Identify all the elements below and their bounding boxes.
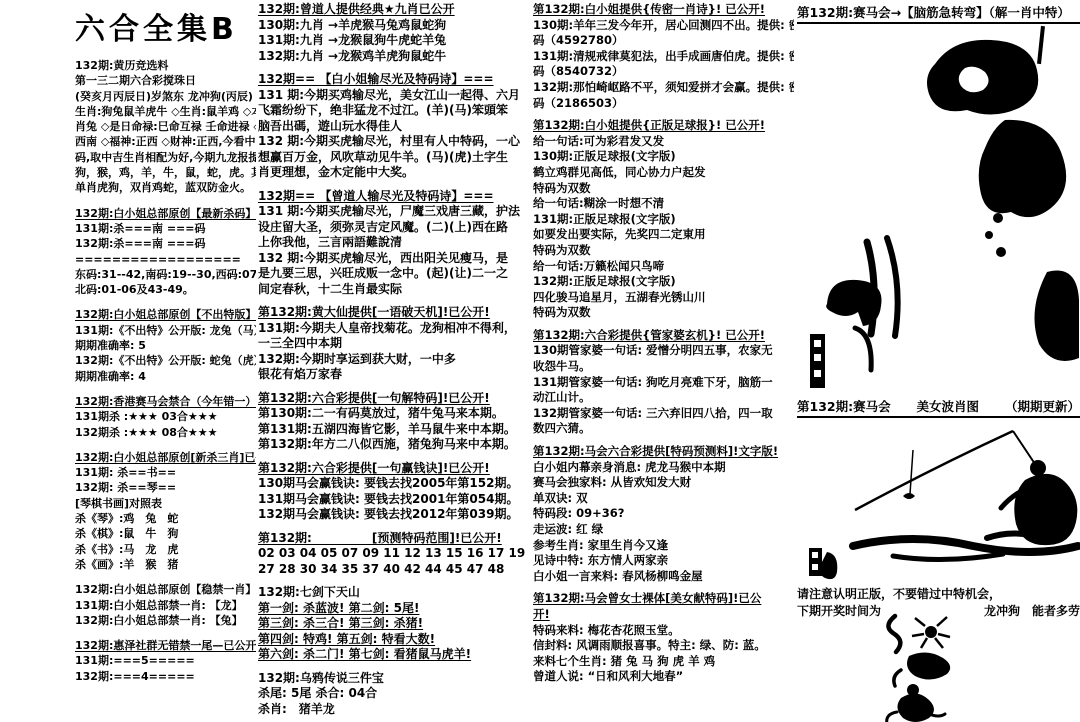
text-line: 特码段: 09+36? <box>533 506 794 522</box>
text-line: 132期:九肖 →龙猴鸡羊虎狗鼠蛇牛 <box>258 49 527 65</box>
text-line: 131期:白小姐总部禁一肖: 【龙】 <box>75 598 256 613</box>
text-line: 132期杀 :★★★ 08合★★★ <box>75 425 256 440</box>
text-line: 131期马会赢钱诀: 要钱去找2001年第054期。 <box>258 492 527 508</box>
text-line: 是九要三思，兴旺成贩一念中。(起)(让)二一之 <box>258 266 527 282</box>
section-header: 第132期:六合彩提供[一句赢钱诀]!已公开! <box>258 461 527 477</box>
section: 第132期:马会六合彩提供[特码预测料]!文字版!白小姐内幕亲身消息: 虎龙马猴… <box>533 444 794 584</box>
text-line: 北码:01-06及43-49。 <box>75 282 256 297</box>
text-line: 131期:清规戒律莫犯法，出手成画唐伯虎。提供: 密 <box>533 49 794 65</box>
ink-painting-abstract-horse <box>797 22 1080 394</box>
section-header: 第132期:六合彩提供[一句解特码]!已公开! <box>258 391 527 407</box>
text-line: 数四六猜。 <box>533 421 794 437</box>
text-line: 杀《画》:羊 猴 猪 <box>75 557 256 572</box>
text-line: 单肖虎狗，双肖鸡蛇，蓝双防金火。 <box>75 180 256 195</box>
text-line: 码（8540732） <box>533 64 794 80</box>
text-line: 131期管家婆一句话: 狗吃月亮难下牙，脑筋一 <box>533 375 794 391</box>
section: 132期:白小姐总部原创[新杀三肖]已公开131期: 杀==书==132期: 杀… <box>75 450 256 572</box>
section-header: 132期:白小姐总部原创【不出特版】已公开 <box>75 307 256 322</box>
text-line: 期期准确率: 4 <box>75 369 256 384</box>
section: 第132期:白小姐提供{传密一肖诗}! 已公开!130期:羊年三发今年开，居心回… <box>533 2 794 111</box>
text-line: 单双诀: 双 <box>533 491 794 507</box>
column-center-left: 132期:曾道人提供经典★九肖已公开130期:九肖 →羊虎猴马兔鸡鼠蛇狗131期… <box>258 2 527 722</box>
section-header: 第132期:马会六合彩提供[特码预测料]!文字版! <box>533 444 794 460</box>
text-line: 130期管家婆一句话: 爱憎分明四五事，农家无 <box>533 343 794 359</box>
text-line: 131期:正版足球报(文字版) <box>533 212 794 228</box>
text-line: 131期:今期夫人皇帝找菊花。龙狗相冲不得利， <box>258 321 527 337</box>
ink-painting-fisherman <box>797 418 1080 582</box>
section-header: 132期:香港赛马会禁合（今年错一）已公开 <box>75 394 256 409</box>
text-line: 132期:七剑下天山 <box>258 585 527 601</box>
text-line: 131期:===5===== <box>75 653 256 668</box>
text-line: 上你我他，三言兩語難說清 <box>258 235 527 251</box>
text-line: 杀《书》:马 龙 虎 <box>75 542 256 557</box>
text-line: 27 28 30 34 35 37 40 42 44 45 47 48 <box>258 562 527 578</box>
section-header: 第132期:马会曾女士裸体[美女献特码]!已公 <box>533 591 794 607</box>
seal-stamp-icon <box>810 334 825 388</box>
text-line: 第三剑: 杀三合! 第三剑: 杀猪! <box>258 616 527 632</box>
text-line: 一三全四中本期 <box>258 336 527 352</box>
text-line: 赛马会独家料: 从皆欢知发大财 <box>533 475 794 491</box>
section: 第132期: [预测特码范围]!已公开!02 03 04 05 07 09 11… <box>258 531 527 578</box>
section-header: 第132期:黄大仙提供[一语破天机]!已公开! <box>258 305 527 321</box>
section-header: 第132期:六合彩提供{管家婆玄机}! 已公开! <box>533 328 794 344</box>
text-line: 白小姐内幕亲身消息: 虎龙马猴中本期 <box>533 460 794 476</box>
text-line: 码（2186503） <box>533 96 794 112</box>
section: 第132期:马会曾女士裸体[美女献特码]!已公开!特码来料: 梅花杏花照玉堂。信… <box>533 591 794 685</box>
section-header: 第132期: [预测特码范围]!已公开! <box>258 531 527 547</box>
section: 132期:白小姐总部原创【不出特版】已公开131期:《不出特》公开版: 龙兔（马… <box>75 307 256 383</box>
text-line: 131 期:今期买虎输尽光，尸魔三戏唐三藏，护法 <box>258 204 527 220</box>
section: 132期:曾道人提供经典★九肖已公开130期:九肖 →羊虎猴马兔鸡鼠蛇狗131期… <box>258 2 527 64</box>
text-line: 飞霜纷纷下，绝非猛龙不过江。(羊)(马)笨頭笨 <box>258 103 527 119</box>
text-line: 132期:正版足球报(文字版) <box>533 274 794 290</box>
text-line: 见诗中特: 东方情人两家亲 <box>533 553 794 569</box>
header2-title: 美女波肖图 <box>917 397 980 415</box>
text-line: 东码:31--42,南码:19--30,西码:07--18, <box>75 267 256 282</box>
text-line: 132期管家婆一句话: 三六弃旧四八拾，四一取 <box>533 406 794 422</box>
text-line: 132期马会赢钱诀: 要钱去找2012年第039期。 <box>258 507 527 523</box>
text-line: 130期:正版足球报(文字版) <box>533 149 794 165</box>
text-line: 狗，猴，鸡，羊，牛，鼠，蛇，虎。其中 <box>75 165 256 180</box>
header2-note: （期期更新） <box>1005 397 1080 415</box>
section: 第132期:黄大仙提供[一语破天机]!已公开!131期:今期夫人皇帝找菊花。龙狗… <box>258 305 527 383</box>
text-line: 特码为双数 <box>533 305 794 321</box>
text-line: 杀《棋》:鼠 牛 狗 <box>75 526 256 541</box>
text-line: 曾道人说: “日和风利大地春” <box>533 669 794 685</box>
text-line: 132期:===4===== <box>75 669 256 684</box>
section: 第132期:六合彩提供{管家婆玄机}! 已公开!130期管家婆一句话: 爱憎分明… <box>533 328 794 437</box>
section: 132期:七剑下天山第一剑: 杀蓝波! 第二剑: 5尾!第三剑: 杀三合! 第三… <box>258 585 527 663</box>
text-line: 四化骏马追星月，五湖春光锈山川 <box>533 290 794 306</box>
text-line: 动江山计。 <box>533 390 794 406</box>
section: 六合全集B <box>75 4 256 48</box>
text-line: 特码来料: 梅花杏花照玉堂。 <box>533 623 794 639</box>
text-line: 特码为双数 <box>533 181 794 197</box>
text-line: 131期:九肖 →龙猴鼠狗牛虎蛇羊兔 <box>258 33 527 49</box>
section-header: 132期:白小姐总部原创【最新杀码】已公开 <box>75 206 256 221</box>
text-line: 131 期:今期买鸡输尽光，美女江山一起得、六月 <box>258 88 527 104</box>
page-title: 六合全集B <box>75 4 256 48</box>
section-header: 132期== 【白小姐输尽光及特码诗】=== <box>258 72 527 88</box>
section: 132期:惠泽社群无错禁一尾—已公开131期:===5=====132期:===… <box>75 638 256 684</box>
section: 132期:白小姐总部原创【稳禁一肖】已公开131期:白小姐总部禁一肖: 【龙】1… <box>75 582 256 628</box>
text-line: 想赢百万金，风吹草动见牛羊。(马)(虎)土字生 <box>258 150 527 166</box>
text-line: 第四剑: 特鸡! 第五剑: 特看大数! <box>258 632 527 648</box>
section-header: 132期:曾道人提供经典★九肖已公开 <box>258 2 527 18</box>
column-left: 六合全集B132期:黄历竞选料第一三二期六合彩搅珠日(癸亥月丙辰日)岁煞东 龙冲… <box>75 4 256 694</box>
text-line: 来料七个生肖: 猪 兔 马 狗 虎 羊 鸡 <box>533 654 794 670</box>
text-line: 给一句话:万籁松闻只鸟啼 <box>533 259 794 275</box>
text-line: 132 期:今期买虎输尽光，西出阳关见瘦马，是 <box>258 251 527 267</box>
text-line: 白小姐一言来料: 春风杨柳鸣金屋 <box>533 569 794 585</box>
text-line: 给一句话:可为彩君发又发 <box>533 134 794 150</box>
notice-line-1: 请注意认明正版，不要错过中特机会， <box>797 586 1080 603</box>
text-line: 码（4592780） <box>533 33 794 49</box>
text-line: 生肖:狗兔鼠羊虎牛 ◇生肖:鼠羊鸡 ◇本日凶生 <box>75 104 256 119</box>
section: 第132期:白小姐提供{正版足球报}! 已公开!给一句话:可为彩君发又发130期… <box>533 118 794 321</box>
text-line: 第132期:年方二八似西施，猪兔狗马来中本期。 <box>258 437 527 453</box>
text-line: 西南 ◇福神:正西 ◇财神:正西,今看中肖不取特 <box>75 134 256 149</box>
text-line: 杀《琴》:鸡 兔 蛇 <box>75 511 256 526</box>
text-line: 131期:杀===南 ===码 <box>75 221 256 236</box>
section-header: 132期== 【曾道人输尽光及特码诗】=== <box>258 189 527 205</box>
header2-issue: 第132期:赛马会 <box>797 397 891 415</box>
column-center-right: 第132期:白小姐提供{传密一肖诗}! 已公开!130期:羊年三发今年开，居心回… <box>533 2 794 692</box>
column-right-panel: 第132期:赛马会→【脑筋急转弯】（解一肖中特） 第132期:赛马会 美女波肖图… <box>797 0 1080 722</box>
section-header: 132期:惠泽社群无错禁一尾—已公开 <box>75 638 256 653</box>
text-line: 参考生肖: 家里生肖今又逢 <box>533 538 794 554</box>
ink-small-creatures <box>797 612 1080 722</box>
text-line: 码,取中吉生肖相配为好,今期九龙报提供生肖: <box>75 150 256 165</box>
text-line: 132期:乌鸦传说三件宝 <box>258 671 527 687</box>
text-line: 肖更理想，金木定能中大奖。 <box>258 165 527 181</box>
section: 第132期:六合彩提供[一句赢钱诀]!已公开!130期马会赢钱诀: 要钱去找20… <box>258 461 527 523</box>
text-line: 脑吾出碼，遊山玩水得佳人 <box>258 119 527 135</box>
text-line: 信封料: 风调雨顺报喜事。特主: 绿、防: 蓝。 <box>533 638 794 654</box>
text-line: 肖兔 ◇是日命禄:巳命互禄 壬命进禄 ◇喜神: <box>75 119 256 134</box>
text-line: 设庄留大圣，须弥灵吉定风魔。(二)(上)西在路 <box>258 220 527 236</box>
text-line: 收怨牛马。 <box>533 359 794 375</box>
text-line: 银花有焰万家春 <box>258 367 527 383</box>
text-line: [琴棋书画]对照表 <box>75 496 256 511</box>
text-line: 杀尾: 5尾 杀合: 04合 <box>258 686 527 702</box>
text-line: 132期:白小姐总部禁一肖: 【兔】 <box>75 613 256 628</box>
right-panel-header-brain-teaser: 第132期:赛马会→【脑筋急转弯】（解一肖中特） <box>797 3 1080 24</box>
text-line: ================== <box>75 252 256 267</box>
text-line: 131期杀 :★★★ 03合★★★ <box>75 409 256 424</box>
text-line: 132期:那怕崎岖路不平，须知爱拼才会赢。提供: 密 <box>533 80 794 96</box>
text-line: 走运波: 红 绿 <box>533 522 794 538</box>
text-line: (癸亥月丙辰日)岁煞东 龙冲狗(丙辰) 龙 ◇本日吉 <box>75 89 256 104</box>
text-line: 第六剑: 杀二门! 第七剑: 看猪鼠马虎羊! <box>258 647 527 663</box>
text-line: 132期:杀===南 ===码 <box>75 236 256 251</box>
text-line: 杀肖: 猪羊龙 <box>258 702 527 718</box>
section-header: 第132期:白小姐提供{正版足球报}! 已公开! <box>533 118 794 134</box>
section: 132期== 【白小姐输尽光及特码诗】===131 期:今期买鸡输尽光，美女江山… <box>258 72 527 181</box>
text-line: 132 期:今期买虎输尽光，村里有人中特码，一心 <box>258 134 527 150</box>
text-line: 132期:黄历竞选料 <box>75 58 256 73</box>
right-panel-header-beauty-chart: 第132期:赛马会 美女波肖图 （期期更新） <box>797 397 1080 418</box>
text-line: 间定春秋，十二生肖最实际 <box>258 282 527 298</box>
text-line: 130期:羊年三发今年开，居心回测四不出。提供: 密 <box>533 18 794 34</box>
section: 132期== 【曾道人输尽光及特码诗】===131 期:今期买虎输尽光，尸魔三戏… <box>258 189 527 298</box>
text-line: 期期准确率: 5 <box>75 338 256 353</box>
text-line: 130期:九肖 →羊虎猴马兔鸡鼠蛇狗 <box>258 18 527 34</box>
text-line: 131期:《不出特》公开版: 龙兔（马） <box>75 323 256 338</box>
text-line: 02 03 04 05 07 09 11 12 13 15 16 17 19 2… <box>258 546 527 562</box>
text-line: 132期: 杀==琴== <box>75 480 256 495</box>
text-line: 第130期:二一有码莫放过，猪牛兔马来本期。 <box>258 406 527 422</box>
section: 第132期:六合彩提供[一句解特码]!已公开!第130期:二一有码莫放过，猪牛兔… <box>258 391 527 453</box>
section: 132期:黄历竞选料第一三二期六合彩搅珠日(癸亥月丙辰日)岁煞东 龙冲狗(丙辰)… <box>75 58 256 196</box>
text-line: 130期马会赢钱诀: 要钱去找2005年第152期。 <box>258 476 527 492</box>
section-header: 开! <box>533 607 794 623</box>
section: 132期:白小姐总部原创【最新杀码】已公开131期:杀===南 ===码132期… <box>75 206 256 298</box>
text-line: 给一句话:糊涂一时想不清 <box>533 196 794 212</box>
text-line: 如要发出要实际，先奖四二定東用 <box>533 227 794 243</box>
text-line: 131期: 杀==书== <box>75 465 256 480</box>
text-line: 第131期:五湖四海皆它影，羊马鼠牛来中本期。 <box>258 422 527 438</box>
section: 132期:香港赛马会禁合（今年错一）已公开131期杀 :★★★ 03合★★★13… <box>75 394 256 440</box>
section-header: 132期:白小姐总部原创[新杀三肖]已公开 <box>75 450 256 465</box>
text-line: 132期:今期时享运到获大财，一中多 <box>258 352 527 368</box>
text-line: 第一三二期六合彩搅珠日 <box>75 73 256 88</box>
seal-stamp-icon <box>809 548 837 579</box>
text-line: 第一剑: 杀蓝波! 第二剑: 5尾! <box>258 601 527 617</box>
text-line: 特码为双数 <box>533 243 794 259</box>
text-line: 132期:白小姐总部原创【稳禁一肖】已公开 <box>75 582 256 597</box>
text-line: 鹤立鸡群见高低，同心协力户起发 <box>533 165 794 181</box>
text-line: 132期:《不出特》公开版: 蛇兔（虎） <box>75 353 256 368</box>
section-header: 第132期:白小姐提供{传密一肖诗}! 已公开! <box>533 2 794 18</box>
section: 132期:乌鸦传说三件宝杀尾: 5尾 杀合: 04合杀肖: 猪羊龙 <box>258 671 527 718</box>
